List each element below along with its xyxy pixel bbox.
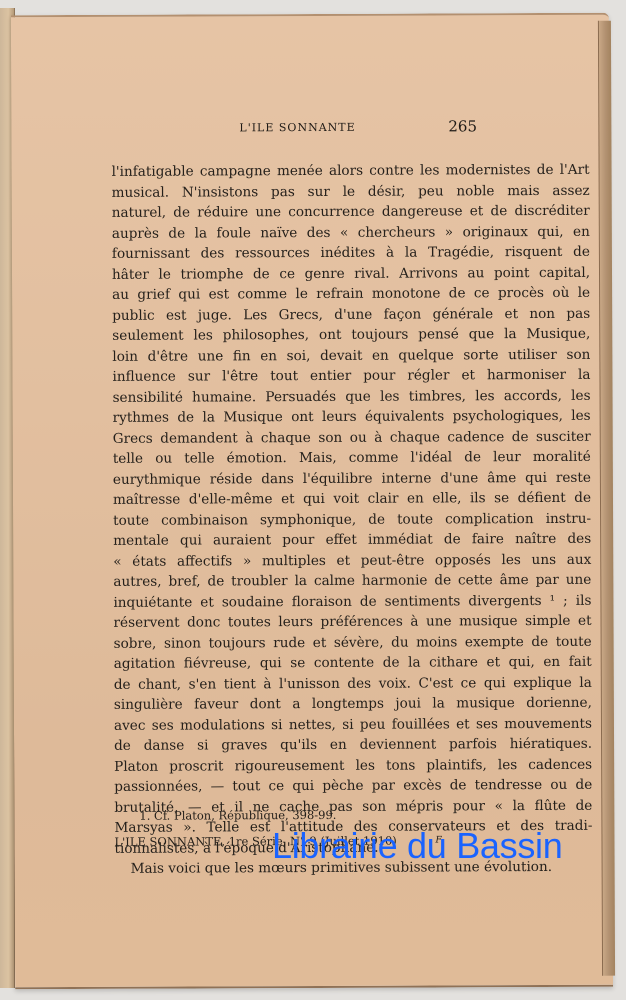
footnote: 1. Cf. Platon, République, 398-99. [139,808,336,823]
text-line: mentale qui auraient pour effet immédiat… [113,529,591,552]
text-line: naturel, de réduire une concurrence dang… [112,201,590,224]
text-line: passionnées, — tout ce qui pèche par exc… [114,775,592,798]
text-line: sensibilité humaine. Persuadés que les t… [113,385,591,408]
page-number: 265 [448,117,477,135]
text-line: telle ou telle émotion. Mais, comme l'id… [113,447,591,470]
body-text: l'infatigable campagne menée alors contr… [112,160,593,880]
text-line: autres, bref, de troubler la calme harmo… [113,570,591,593]
text-line: seulement les philosophes, ont toujours … [112,324,590,347]
running-title: L'ILE SONNANTE [239,121,355,135]
running-header: L'ILE SONNANTE 265 [11,120,609,143]
text-line: loin d'être une fin en soi, devait en qu… [112,344,590,367]
text-line: rythmes de la Musique ont leurs équivale… [113,406,591,429]
text-line: sobre, sinon toujours rude et sévère, du… [114,631,592,654]
text-line: eurythmique réside dans l'équilibre inte… [113,467,591,490]
text-line: avec ses modulations si nettes, si peu f… [114,713,592,736]
text-line: réservent donc toutes leurs préférences … [113,611,591,634]
text-line: « états affectifs » multiples et peut-êt… [113,549,591,572]
text-line: inquiétante et soudaine floraison de sen… [113,590,591,613]
text-line: au grief qui est comme le refrain monoto… [112,283,590,306]
text-line: musical. N'insistons pas sur le désir, p… [112,180,590,203]
text-line: auprès de la foule naïve des « chercheur… [112,221,590,244]
text-line: agitation fiévreuse, qui se contente de … [114,652,592,675]
text-line: fournissant des ressources inédites à la… [112,242,590,265]
text-line: de chant, s'en tient à l'unisson des voi… [114,672,592,695]
text-line: hâter le triomphe de ce genre rival. Arr… [112,262,590,285]
text-line: influence sur l'être tout entier pour ré… [112,365,590,388]
watermark: Librairie du Bassin [272,825,562,867]
text-line: singulière faveur dont a longtemps joui … [114,693,592,716]
text-line: Grecs demandent à chaque son ou à chaque… [113,426,591,449]
text-line: maîtresse d'elle-même et qui voit clair … [113,488,591,511]
text-line: l'infatigable campagne menée alors contr… [112,160,590,183]
page-edge [598,21,615,976]
text-line: public est juge. Les Grecs, d'une façon … [112,303,590,326]
text-line: de danse si graves qu'ils en deviennent … [114,734,592,757]
text-line: Platon proscrit rigoureusement les tons … [114,754,592,777]
text-line: toute combinaison symphonique, de toute … [113,508,591,531]
